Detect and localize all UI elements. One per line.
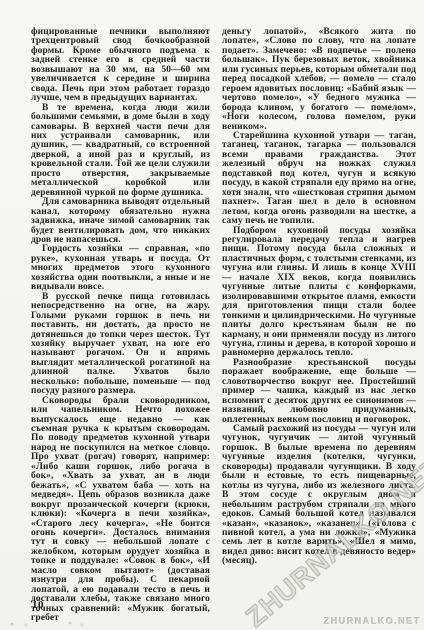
- paragraph: деньгу лопатой», «Всякого жита по лопате…: [222, 28, 416, 132]
- paragraph: Для самоварника выводят отдельный канал,…: [31, 198, 210, 245]
- paragraph: Старейшина кухонной утвари — таган, тага…: [222, 132, 416, 227]
- paragraph: фицированные печники выполняют трехцентр…: [31, 28, 210, 104]
- paragraph: Самый расхожий из посуды — чугун или чуг…: [222, 425, 416, 567]
- right-column: деньгу лопатой», «Всякого жита по лопате…: [222, 28, 416, 567]
- paragraph: Разнообразие крестьянской посуды поражае…: [222, 359, 416, 425]
- paragraph: Подбором кухонной посуды хозяйка регулир…: [222, 227, 416, 359]
- scanned-book-page: фицированные печники выполняют трехцентр…: [0, 0, 424, 630]
- watermark-corner: ZHURNALKO.NET: [324, 616, 421, 626]
- paragraph: Гордость хозяйки — справная, «по руке», …: [31, 245, 210, 292]
- page-number: 10: [32, 599, 44, 611]
- scan-noise-speckles: [8, 621, 118, 627]
- paragraph: В русской печке пища готовилась непосред…: [31, 293, 210, 397]
- paragraph: В те времена, когда люди жили большими с…: [31, 104, 210, 199]
- paragraph: Сковороды брали сковородником, или чапел…: [31, 397, 210, 624]
- left-column: фицированные печники выполняют трехцентр…: [31, 28, 210, 624]
